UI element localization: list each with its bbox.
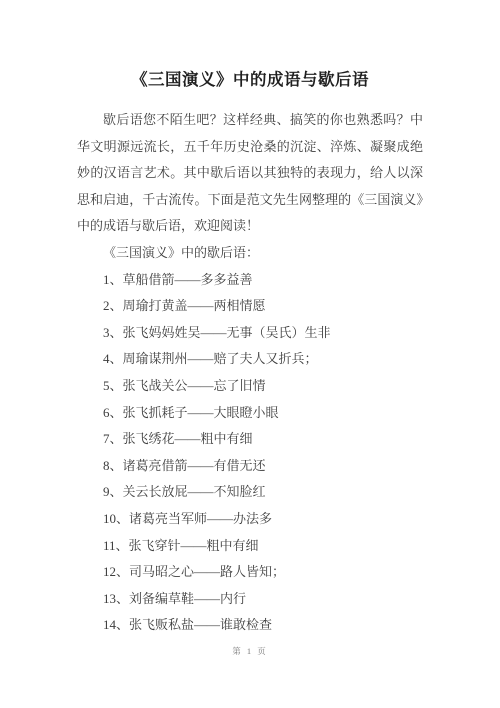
page-number: 第 1 页 [77, 645, 423, 657]
section-subheading: 《三国演义》中的歇后语： [77, 240, 423, 267]
intro-paragraph: 歇后语您不陌生吧？这样经典、搞笑的你也熟悉吗？中华文明源远流长，五千年历史沧桑的… [77, 107, 423, 240]
list-item: 5、张飞战关公——忘了旧情 [77, 373, 423, 400]
list-item: 1、草船借箭——多多益善 [77, 267, 423, 294]
list-item: 10、诸葛亮当军师——办法多 [77, 506, 423, 533]
list-item: 8、诸葛亮借箭——有借无还 [77, 453, 423, 480]
list-item: 3、张飞妈妈姓吴——无事（吴氏）生非 [77, 320, 423, 347]
document-title: 《三国演义》中的成语与歇后语 [77, 70, 423, 90]
list-item: 14、张飞贩私盐——谁敢检查 [77, 612, 423, 639]
list-item: 6、张飞抓耗子——大眼瞪小眼 [77, 400, 423, 427]
xiehouyu-list: 1、草船借箭——多多益善 2、周瑜打黄盖——两相情愿 3、张飞妈妈姓吴——无事（… [77, 267, 423, 639]
list-item: 4、周瑜谋荆州——赔了夫人又折兵； [77, 346, 423, 373]
list-item: 13、刘备编草鞋——内行 [77, 586, 423, 613]
list-item: 9、关云长放屁——不知脸红 [77, 479, 423, 506]
list-item: 2、周瑜打黄盖——两相情愿 [77, 293, 423, 320]
document-page: 《三国演义》中的成语与歇后语 歇后语您不陌生吧？这样经典、搞笑的你也熟悉吗？中华… [0, 0, 500, 708]
list-item: 11、张飞穿针——粗中有细 [77, 533, 423, 560]
list-item: 12、司马昭之心——路人皆知； [77, 559, 423, 586]
list-item: 7、张飞绣花——粗中有细 [77, 426, 423, 453]
